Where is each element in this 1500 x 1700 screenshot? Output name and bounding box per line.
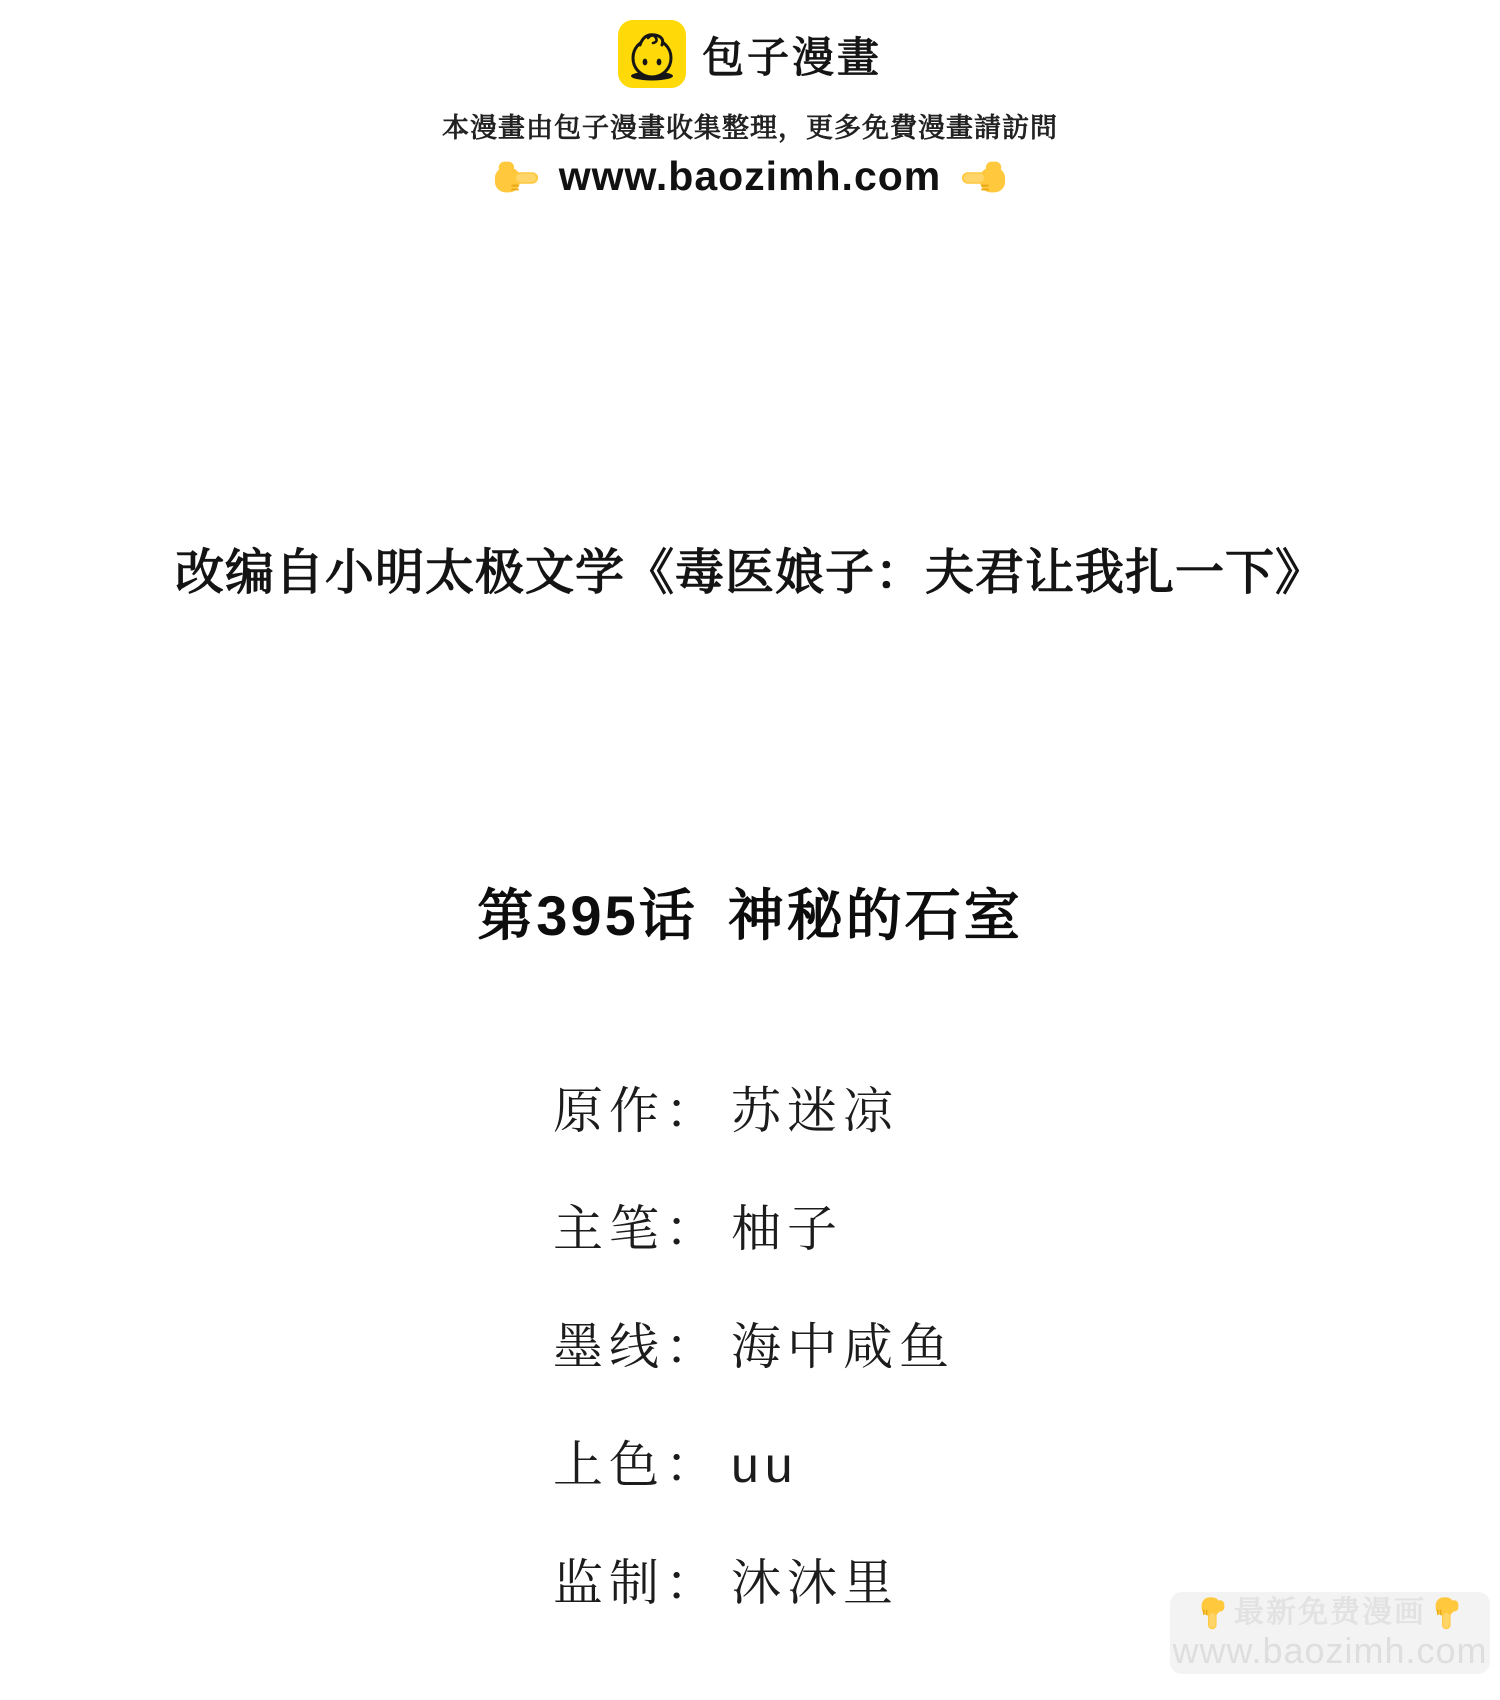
credit-row-inker: 墨线：海中咸鱼 <box>553 1316 955 1378</box>
brand-row: 包子漫畫 <box>0 0 1500 92</box>
credit-label: 墨线： <box>553 1319 721 1375</box>
credit-name: 柚子 <box>731 1201 843 1257</box>
credit-label: 监制： <box>553 1555 721 1611</box>
chapter-title: 第395话神秘的石室 <box>0 872 1500 952</box>
collection-notice: 本漫畫由包子漫畫收集整理，更多免費漫畫請訪問 <box>0 106 1500 145</box>
site-url: www.baozimh.com <box>559 153 942 200</box>
credit-row-lead-artist: 主笔：柚子 <box>553 1198 955 1260</box>
point-left-icon <box>961 154 1007 200</box>
comic-title-page: 包子漫畫 本漫畫由包子漫畫收集整理，更多免費漫畫請訪問 www.baozimh.… <box>0 0 1500 1700</box>
credit-row-colorist: 上色：uu <box>553 1434 955 1496</box>
chapter-number: 第395话 <box>477 884 697 947</box>
credit-label: 原作： <box>553 1083 721 1139</box>
watermark-url: www.baozimh.com <box>1172 1631 1487 1671</box>
header: 包子漫畫 本漫畫由包子漫畫收集整理，更多免費漫畫請訪問 www.baozimh.… <box>0 0 1500 200</box>
watermark-caption: 最新免费漫画 <box>1196 1595 1464 1631</box>
credit-name: uu <box>731 1437 799 1493</box>
baozi-bun-icon <box>618 18 686 92</box>
watermark-badge: 最新免费漫画 www.baozimh.com <box>1170 1592 1490 1674</box>
credits-list: 原作：苏迷凉 主笔：柚子 墨线：海中咸鱼 上色：uu 监制：沐沐里 <box>553 1080 955 1670</box>
point-down-icon <box>1430 1596 1464 1630</box>
credit-row-original-author: 原作：苏迷凉 <box>553 1080 955 1142</box>
credit-name: 海中咸鱼 <box>731 1319 955 1375</box>
adaptation-credit: 改编自小明太极文学《毒医娘子：夫君让我扎一下》 <box>0 534 1500 604</box>
brand-title: 包子漫畫 <box>702 25 882 85</box>
credit-name: 苏迷凉 <box>731 1083 899 1139</box>
point-right-icon <box>493 154 539 200</box>
point-down-icon <box>1196 1596 1230 1630</box>
url-row: www.baozimh.com <box>0 153 1500 200</box>
watermark-text: 最新免费漫画 <box>1234 1595 1426 1631</box>
credit-row-supervisor: 监制：沐沐里 <box>553 1552 955 1614</box>
credit-label: 上色： <box>553 1437 721 1493</box>
credit-name: 沐沐里 <box>731 1555 899 1611</box>
chapter-name: 神秘的石室 <box>728 884 1023 947</box>
credit-label: 主笔： <box>553 1201 721 1257</box>
